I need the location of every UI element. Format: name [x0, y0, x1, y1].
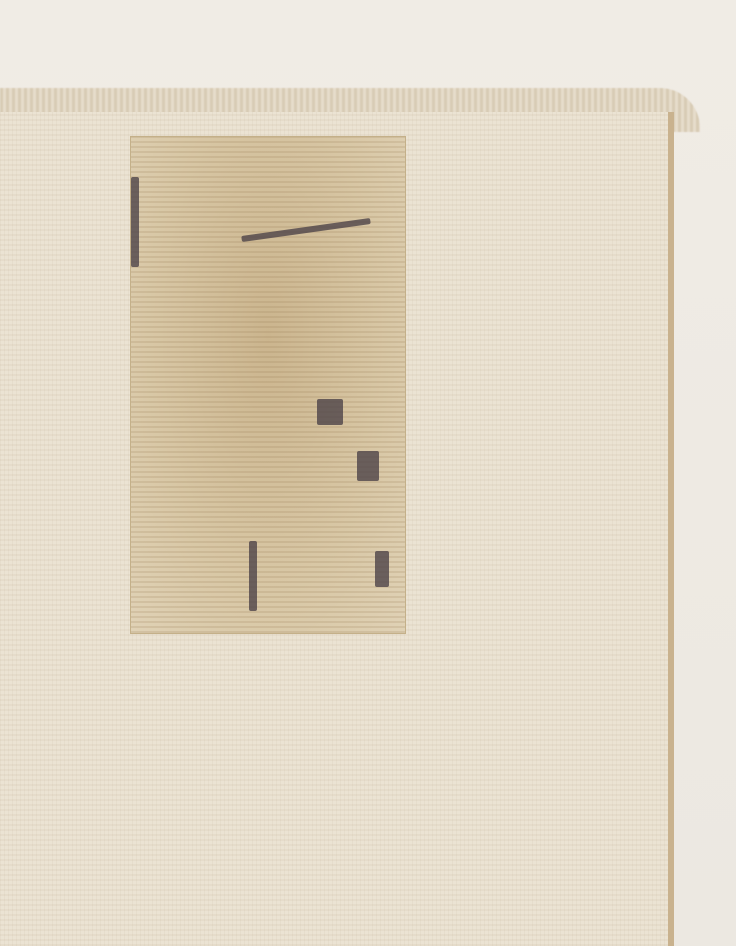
motif-mark	[375, 551, 389, 587]
motif-mark	[131, 177, 139, 267]
rug-patch	[130, 136, 406, 634]
motif-mark	[357, 451, 379, 481]
motif-mark	[317, 399, 343, 425]
motif-mark	[249, 541, 257, 611]
motif-mark	[241, 218, 371, 242]
